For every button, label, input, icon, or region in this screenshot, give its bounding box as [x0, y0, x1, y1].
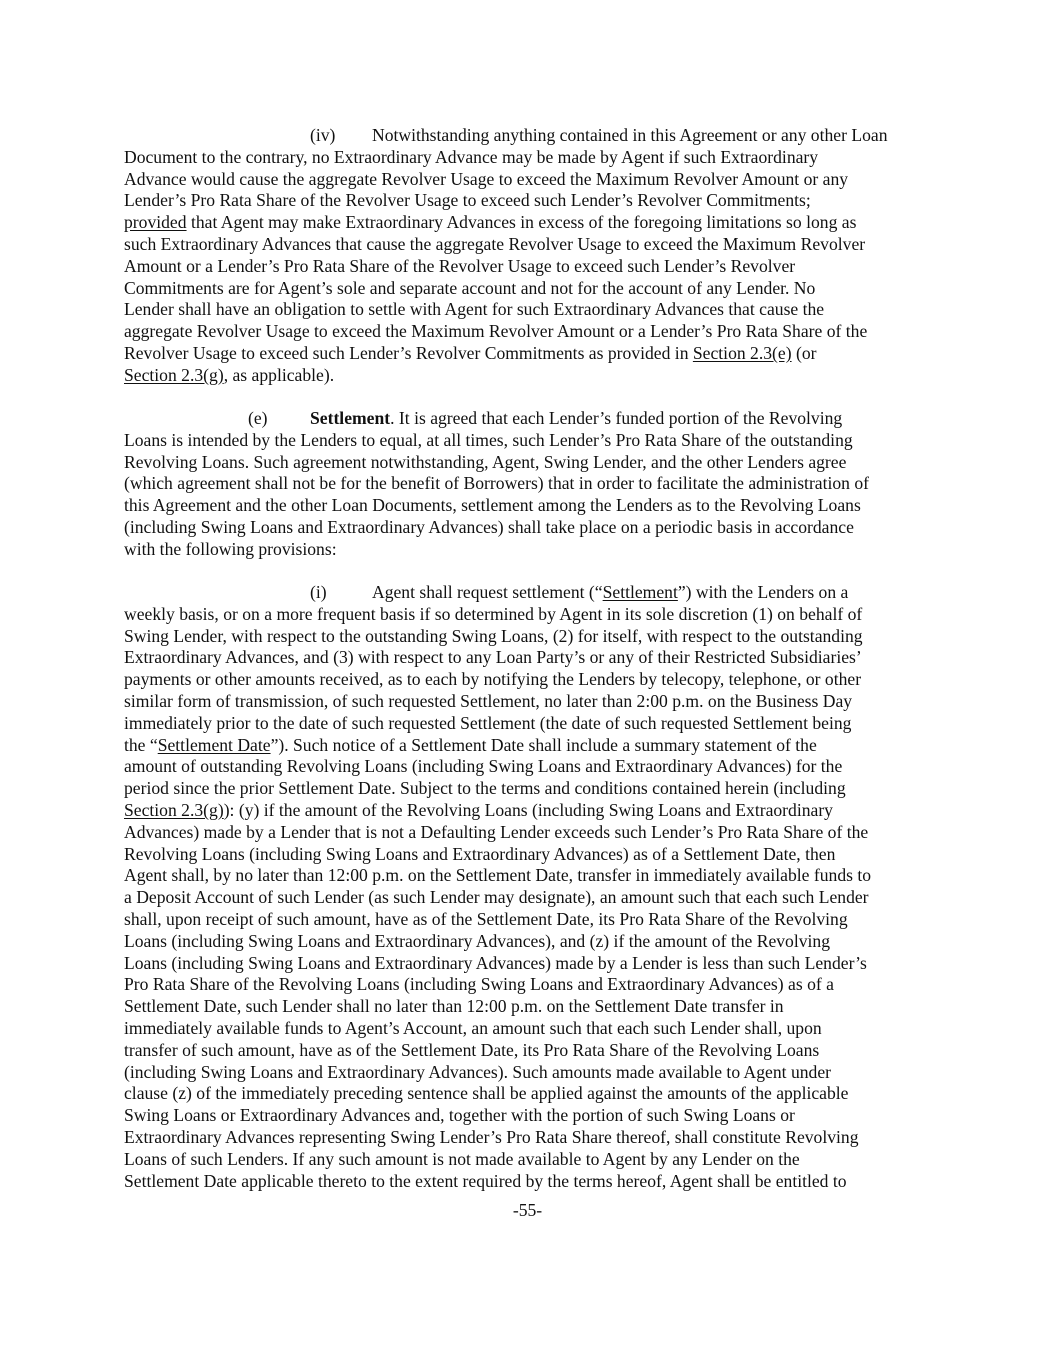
- section-2-3-g-reference: Section 2.3(g): [124, 365, 224, 385]
- paragraph-line: Loans of such Lenders. If any such amoun…: [124, 1149, 934, 1171]
- page-number: -55-: [0, 1199, 1055, 1221]
- clause-marker: (iv): [310, 125, 372, 147]
- clause-marker: (e): [248, 408, 310, 430]
- line-text: ”). Such notice of a Settlement Date sha…: [271, 735, 817, 755]
- paragraph-line: Lender shall have an obligation to settl…: [124, 299, 934, 321]
- line-text: the “: [124, 735, 158, 755]
- paragraph-line: amount of outstanding Revolving Loans (i…: [124, 756, 934, 778]
- paragraph-line: immediately available funds to Agent’s A…: [124, 1018, 934, 1040]
- settlement-date-defined-term: Settlement Date: [158, 735, 271, 755]
- line-text: Notwithstanding anything contained in th…: [372, 125, 888, 145]
- paragraph-i: (i)Agent shall request settlement (“Sett…: [124, 582, 934, 1192]
- paragraph-line: Agent shall, by no later than 12:00 p.m.…: [124, 865, 934, 887]
- paragraph-line: Extraordinary Advances, and (3) with res…: [124, 647, 934, 669]
- clause-marker: (i): [310, 582, 372, 604]
- section-2-3-e-reference: Section 2.3(e): [693, 343, 792, 363]
- paragraph-line: (including Swing Loans and Extraordinary…: [124, 1062, 934, 1084]
- paragraph-line: Commitments are for Agent’s sole and sep…: [124, 278, 934, 300]
- line-text: Agent shall request settlement (“: [372, 582, 603, 602]
- paragraph-line: such Extraordinary Advances that cause t…: [124, 234, 934, 256]
- section-2-3-g-reference: Section 2.3(g): [124, 800, 224, 820]
- paragraph-line: Extraordinary Advances representing Swin…: [124, 1127, 934, 1149]
- line-text: that Agent may make Extraordinary Advanc…: [191, 212, 856, 232]
- paragraph-line: transfer of such amount, have as of the …: [124, 1040, 934, 1062]
- provided-term: provided: [124, 212, 187, 232]
- paragraph-line: similar form of transmission, of such re…: [124, 691, 934, 713]
- paragraph-line: Settlement Date applicable thereto to th…: [124, 1171, 934, 1193]
- document-page: (iv)Notwithstanding anything contained i…: [0, 0, 1055, 1365]
- paragraph-line: (i)Agent shall request settlement (“Sett…: [124, 582, 934, 604]
- paragraph-line: Revolving Loans. Such agreement notwiths…: [124, 452, 934, 474]
- settlement-defined-term: Settlement: [603, 582, 678, 602]
- paragraph-line: Revolving Loans (including Swing Loans a…: [124, 844, 934, 866]
- paragraph-line: Amount or a Lender’s Pro Rata Share of t…: [124, 256, 934, 278]
- paragraph-line: (which agreement shall not be for the be…: [124, 473, 934, 495]
- paragraph-line: period since the prior Settlement Date. …: [124, 778, 934, 800]
- line-text: . It is agreed that each Lender’s funded…: [390, 408, 842, 428]
- paragraph-line: (iv)Notwithstanding anything contained i…: [124, 125, 934, 147]
- paragraph-line: Revolver Usage to exceed such Lender’s R…: [124, 343, 934, 365]
- paragraph-line: Settlement Date, such Lender shall no la…: [124, 996, 934, 1018]
- paragraph-line: payments or other amounts received, as t…: [124, 669, 934, 691]
- paragraph-line: this Agreement and the other Loan Docume…: [124, 495, 934, 517]
- paragraph-line: Lender’s Pro Rata Share of the Revolver …: [124, 190, 934, 212]
- paragraph-line: Loans (including Swing Loans and Extraor…: [124, 931, 934, 953]
- paragraph-line: (e)Settlement. It is agreed that each Le…: [124, 408, 934, 430]
- paragraph-line: Loans is intended by the Lenders to equa…: [124, 430, 934, 452]
- paragraph-line: Document to the contrary, no Extraordina…: [124, 147, 934, 169]
- paragraph-line: a Deposit Account of such Lender (as suc…: [124, 887, 934, 909]
- paragraph-line: Section 2.3(g), as applicable).: [124, 365, 934, 387]
- paragraph-line: Loans (including Swing Loans and Extraor…: [124, 953, 934, 975]
- line-text: ): (y) if the amount of the Revolving Lo…: [224, 800, 833, 820]
- line-text: ”) with the Lenders on a: [678, 582, 849, 602]
- paragraph-iv: (iv)Notwithstanding anything contained i…: [124, 125, 934, 387]
- paragraph-line: (including Swing Loans and Extraordinary…: [124, 517, 934, 539]
- paragraph-line: Advances) made by a Lender that is not a…: [124, 822, 934, 844]
- section-heading: Settlement: [310, 408, 390, 428]
- paragraph-e-settlement: (e)Settlement. It is agreed that each Le…: [124, 408, 934, 561]
- paragraph-line: clause (z) of the immediately preceding …: [124, 1083, 934, 1105]
- paragraph-line: Swing Loans or Extraordinary Advances an…: [124, 1105, 934, 1127]
- line-text: , as applicable).: [224, 365, 334, 385]
- paragraph-line: Section 2.3(g)): (y) if the amount of th…: [124, 800, 934, 822]
- paragraph-line: Swing Lender, with respect to the outsta…: [124, 626, 934, 648]
- paragraph-line: Pro Rata Share of the Revolving Loans (i…: [124, 974, 934, 996]
- line-text: Revolver Usage to exceed such Lender’s R…: [124, 343, 693, 363]
- paragraph-line: shall, upon receipt of such amount, have…: [124, 909, 934, 931]
- paragraph-line: provided that Agent may make Extraordina…: [124, 212, 934, 234]
- paragraph-line: the “Settlement Date”). Such notice of a…: [124, 735, 934, 757]
- paragraph-line: immediately prior to the date of such re…: [124, 713, 934, 735]
- paragraph-line: Advance would cause the aggregate Revolv…: [124, 169, 934, 191]
- line-text: (or: [792, 343, 817, 363]
- paragraph-line: with the following provisions:: [124, 539, 934, 561]
- paragraph-line: aggregate Revolver Usage to exceed the M…: [124, 321, 934, 343]
- paragraph-line: weekly basis, or on a more frequent basi…: [124, 604, 934, 626]
